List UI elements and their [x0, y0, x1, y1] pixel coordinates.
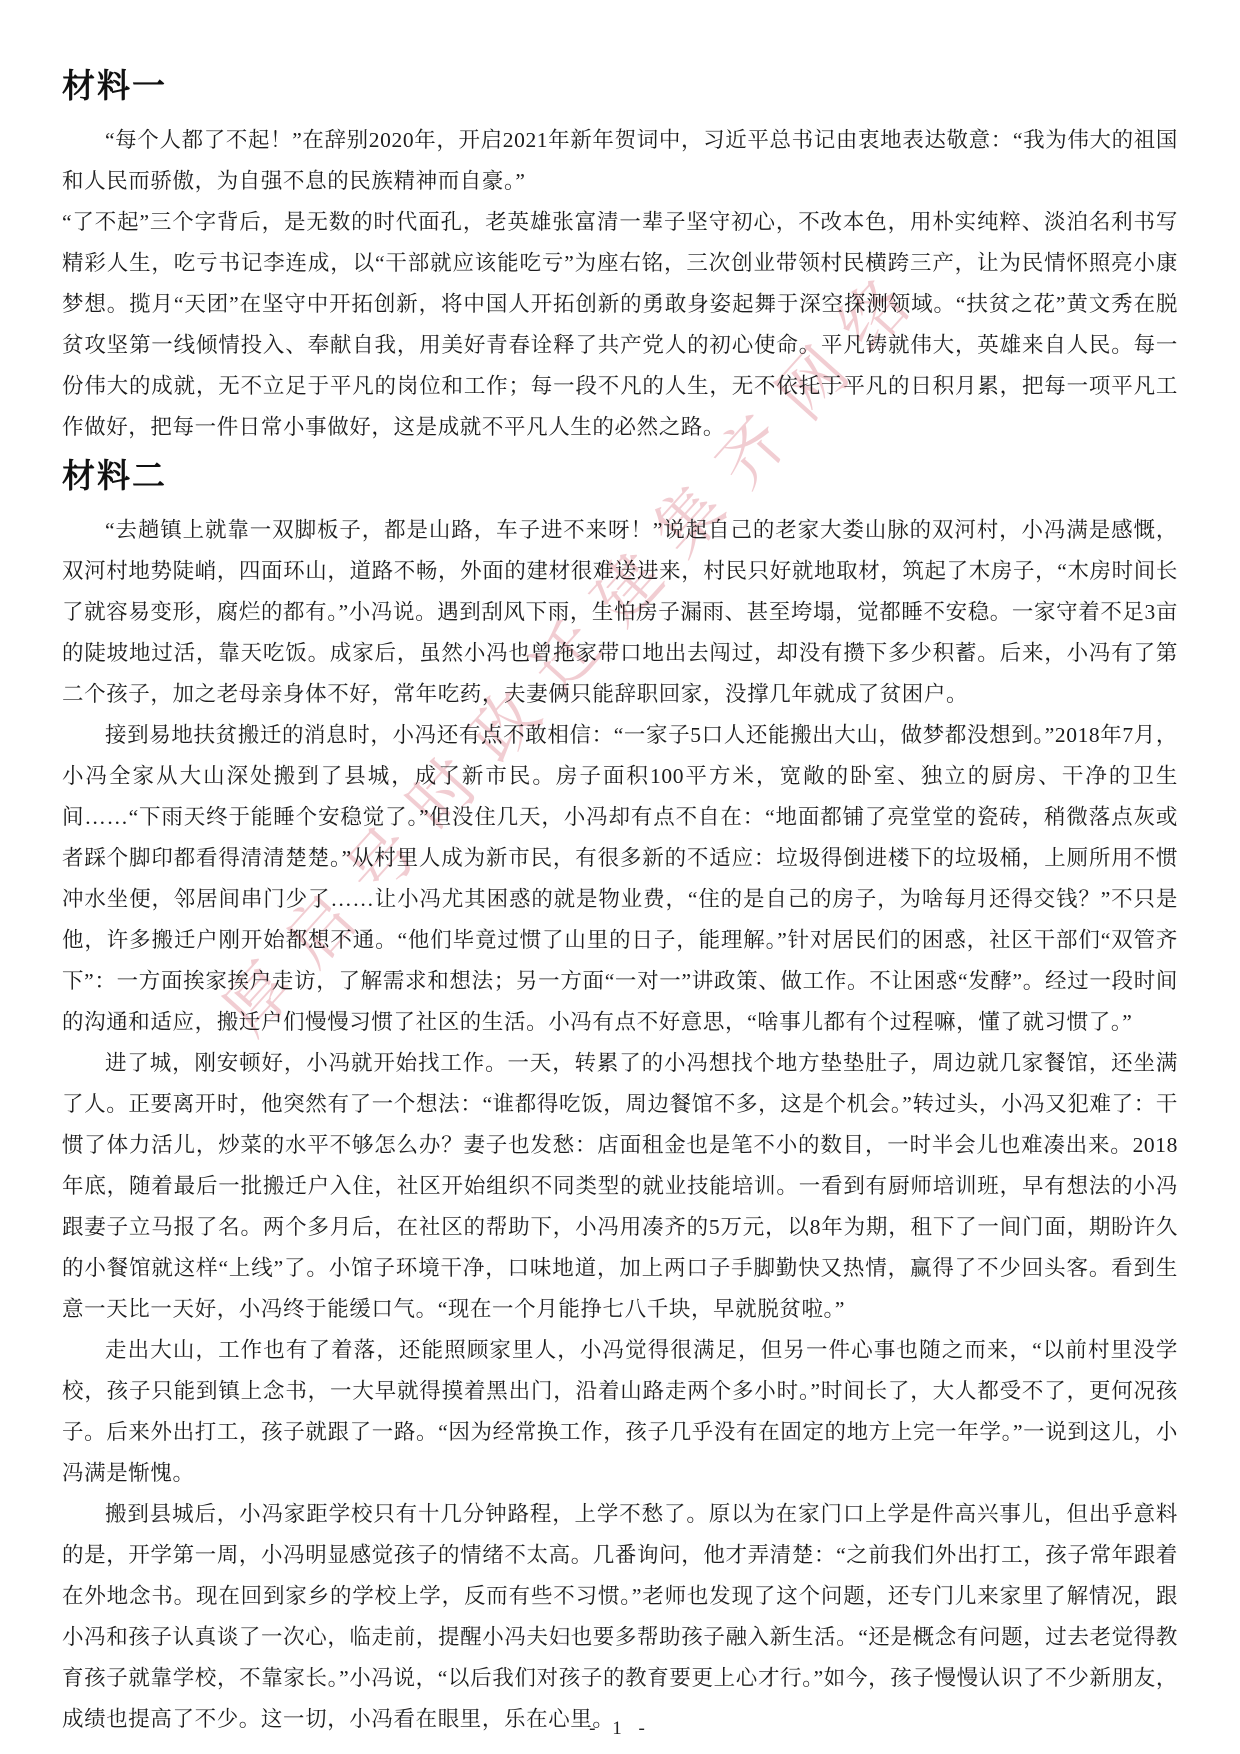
paragraph: “了不起”三个字背后，是无数的时代面孔，老英雄张富清一辈子坚守初心，不改本色，用…: [62, 202, 1178, 448]
paragraph: 走出大山，工作也有了着落，还能照顾家里人，小冯觉得很满足，但另一件心事也随之而来…: [62, 1330, 1178, 1494]
document-page: 材料一 “每个人都了不起！”在辞别2020年，开启2021年新年贺词中，习近平总…: [0, 0, 1240, 1754]
paragraph: “每个人都了不起！”在辞别2020年，开启2021年新年贺词中，习近平总书记由衷…: [62, 120, 1178, 202]
paragraph: 接到易地扶贫搬迁的消息时，小冯还有点不敢相信：“一家子5口人还能搬出大山，做梦都…: [62, 715, 1178, 1043]
page-number: - 1 -: [0, 1718, 1240, 1740]
paragraph: 搬到县城后，小冯家距学校只有十几分钟路程，上学不愁了。原以为在家门口上学是件高兴…: [62, 1494, 1178, 1740]
paragraph: 进了城，刚安顿好，小冯就开始找工作。一天，转累了的小冯想找个地方垫垫肚子，周边就…: [62, 1043, 1178, 1330]
section-heading-material-1: 材料一: [62, 64, 1178, 108]
paragraph: “去趟镇上就靠一双脚板子，都是山路，车子进不来呀！”说起自己的老家大娄山脉的双河…: [62, 510, 1178, 715]
section-heading-material-2: 材料二: [62, 454, 1178, 498]
